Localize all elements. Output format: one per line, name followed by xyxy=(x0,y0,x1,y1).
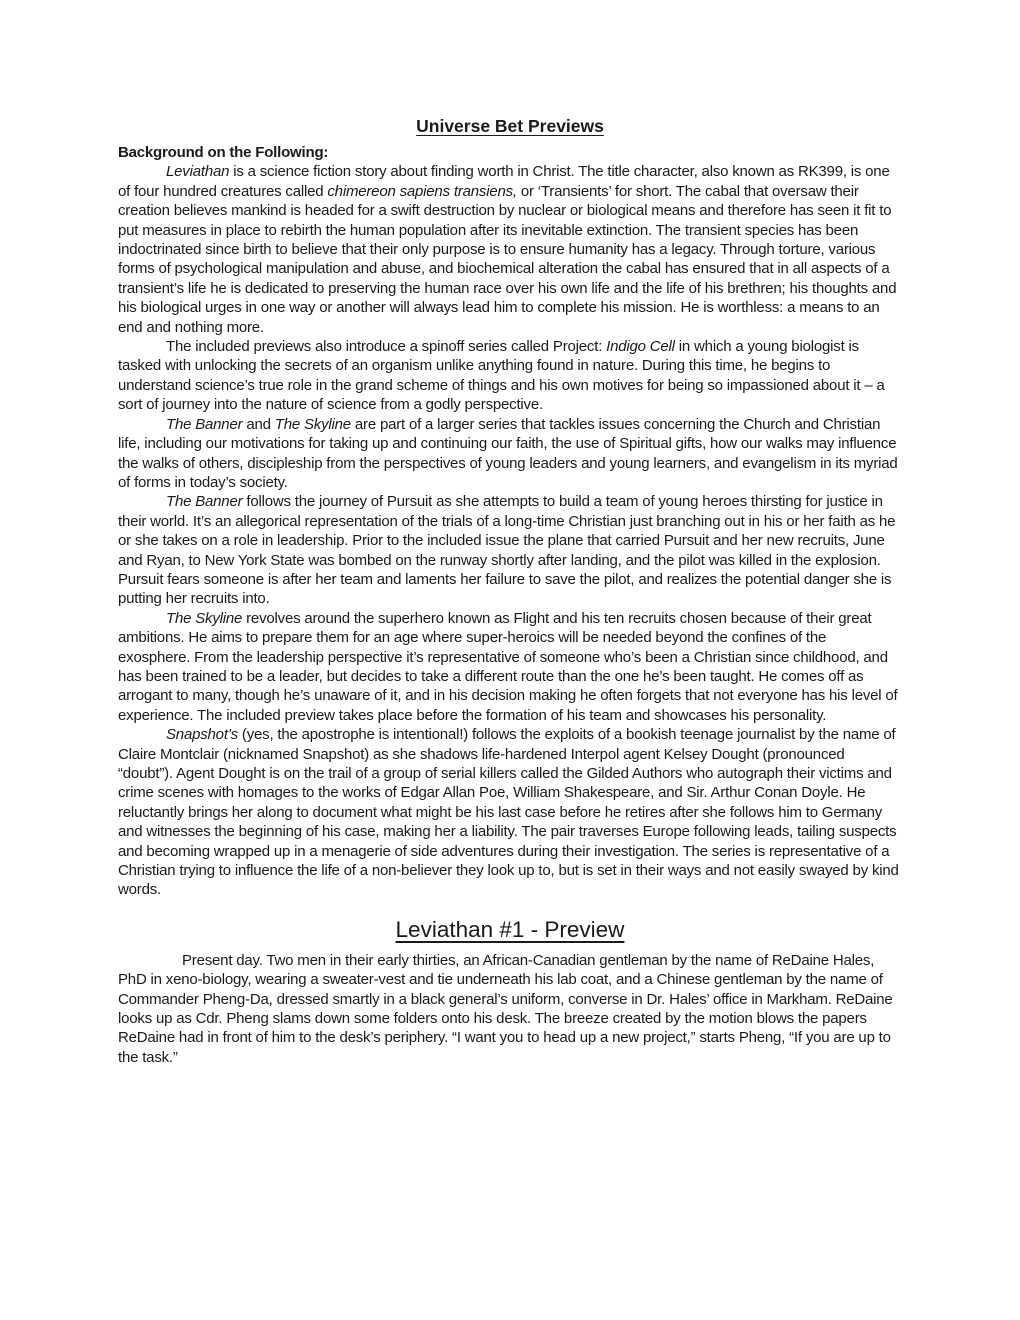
italic-text-run: chimereon sapiens transiens, xyxy=(327,183,517,200)
italic-text-run: The Skyline xyxy=(275,416,351,433)
italic-text-run: The Banner xyxy=(166,416,242,433)
document-title: Universe Bet Previews xyxy=(118,113,902,139)
text-run: follows the journey of Pursuit as she at… xyxy=(118,493,895,607)
italic-text-run: Snapshot’s xyxy=(166,726,238,743)
preview-heading: Leviathan #1 - Preview xyxy=(118,915,902,944)
text-run: (yes, the apostrophe is intentional!) fo… xyxy=(118,726,899,898)
paragraph: Snapshot’s (yes, the apostrophe is inten… xyxy=(118,725,902,900)
text-run: and xyxy=(242,416,274,433)
background-paragraphs: Leviathan is a science fiction story abo… xyxy=(118,162,902,899)
text-run: Present day. Two men in their early thir… xyxy=(118,952,893,1066)
italic-text-run: Leviathan xyxy=(166,163,229,180)
paragraph: The Banner and The Skyline are part of a… xyxy=(118,415,902,493)
document-page: Universe Bet Previews Background on the … xyxy=(0,0,1020,1320)
italic-text-run: Indigo Cell xyxy=(606,338,675,355)
paragraph: Present day. Two men in their early thir… xyxy=(118,951,902,1067)
paragraph: Leviathan is a science fiction story abo… xyxy=(118,162,902,337)
paragraph: The included previews also introduce a s… xyxy=(118,337,902,415)
background-heading: Background on the Following: xyxy=(118,143,902,162)
paragraph: The Skyline revolves around the superher… xyxy=(118,609,902,725)
preview-paragraphs: Present day. Two men in their early thir… xyxy=(118,951,902,1067)
paragraph: The Banner follows the journey of Pursui… xyxy=(118,492,902,608)
text-run: The included previews also introduce a s… xyxy=(166,338,606,355)
italic-text-run: The Skyline xyxy=(166,610,242,627)
text-run: or ‘Transients’ for short. The cabal tha… xyxy=(118,183,896,336)
italic-text-run: The Banner xyxy=(166,493,242,510)
